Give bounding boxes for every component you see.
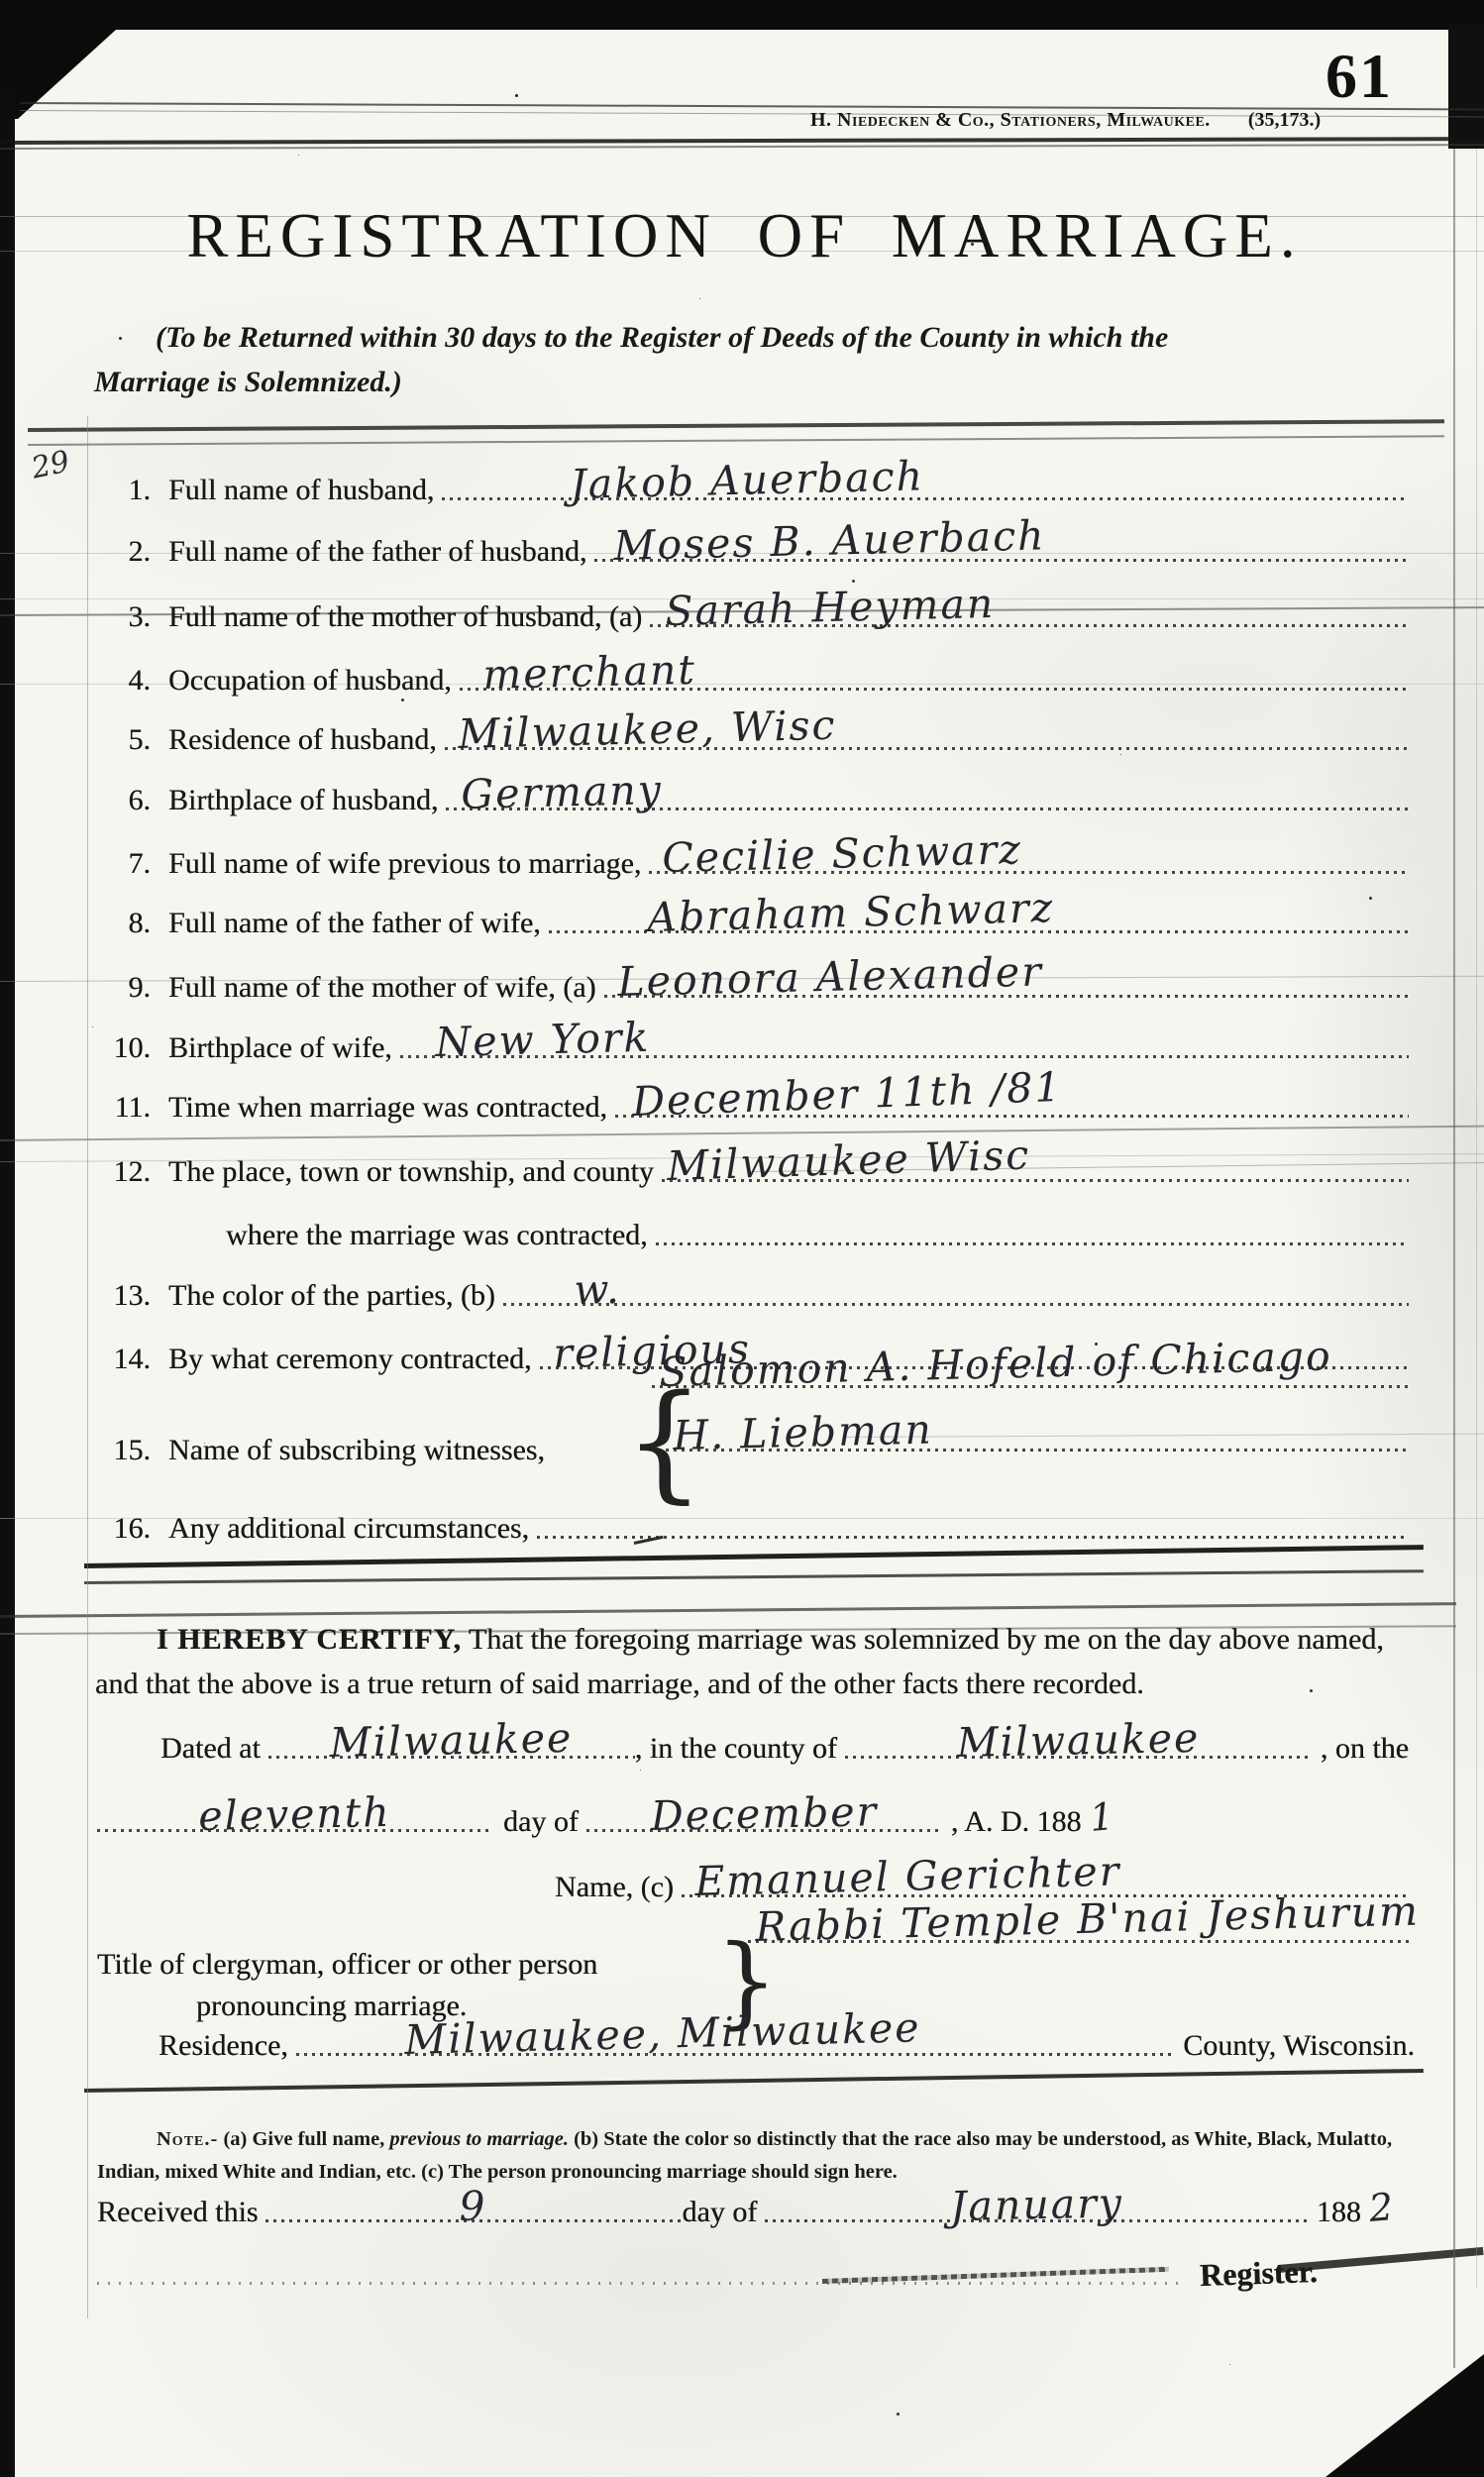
form-row-3: 3. Full name of the mother of husband, (… bbox=[97, 600, 1409, 634]
intro-line-1: (To be Returned within 30 days to the Re… bbox=[94, 315, 1415, 360]
note-italic: previous to marriage. bbox=[389, 2128, 569, 2150]
handwritten-value: Abraham Schwarz bbox=[647, 884, 1055, 941]
margin-rule bbox=[87, 416, 88, 2318]
form-row-12-continuation: where the marriage was contracted, bbox=[226, 1219, 1409, 1252]
form-row-12: 12. The place, town or township, and cou… bbox=[97, 1155, 1409, 1189]
intro-line-2: Marriage is Solemnized.) bbox=[94, 360, 1415, 404]
item-number: 5. bbox=[97, 723, 151, 757]
form-row-9: 9. Full name of the mother of wife, (a) … bbox=[97, 971, 1409, 1005]
stationer-code: (35,173.) bbox=[1248, 109, 1321, 131]
form-row-7: 7. Full name of wife previous to marriag… bbox=[97, 847, 1409, 881]
item-label: Residence of husband, bbox=[168, 723, 437, 757]
dotted-line: Jakob Auerbach bbox=[442, 497, 1409, 500]
handwritten-value: New York bbox=[435, 1014, 651, 1066]
handwritten-value: Sarah Heyman bbox=[665, 580, 996, 635]
dotted-line: Milwaukee bbox=[845, 1756, 1313, 1759]
dotted-line: Abraham Schwarz bbox=[549, 930, 1409, 933]
form-row-8: 8. Full name of the father of wife, Abra… bbox=[97, 907, 1409, 940]
item-label: where the marriage was contracted, bbox=[226, 1219, 648, 1252]
handwritten-day-word: eleventh bbox=[198, 1788, 391, 1840]
stationer-name: H. Niedecken & Co., Stationers, Milwauke… bbox=[810, 109, 1211, 131]
item-number: 4. bbox=[97, 664, 151, 698]
dated-line: Dated at Milwaukee , in the county of Mi… bbox=[97, 1732, 1409, 1766]
handwritten-value: H. Liebman bbox=[673, 1406, 934, 1459]
item-number: 7. bbox=[97, 847, 151, 881]
handwritten-place: Milwaukee bbox=[329, 1714, 573, 1767]
dotted-line: December bbox=[586, 1829, 943, 1832]
dotted-line: Salomon A. Hofeld of Chicago bbox=[652, 1385, 1409, 1388]
scan-rule-heavy bbox=[28, 419, 1444, 432]
item-label: The place, town or township, and county bbox=[168, 1155, 654, 1189]
form-row-10: 10. Birthplace of wife, New York bbox=[97, 1031, 1409, 1065]
residence-suffix-label: County, Wisconsin. bbox=[1183, 2029, 1415, 2063]
scan-strike bbox=[0, 1602, 1456, 1618]
scan-specks bbox=[0, 0, 3, 3]
residence-label: Residence, bbox=[159, 2029, 288, 2063]
form-row-13: 13. The color of the parties, (b) w. bbox=[97, 1279, 1409, 1313]
day-of-label: day of bbox=[503, 1805, 579, 1839]
scan-top-left-corner bbox=[0, 0, 149, 119]
scan-right-crease bbox=[1476, 149, 1477, 2289]
note-lead: Note.- bbox=[157, 2128, 218, 2150]
handwritten-value: Jakob Auerbach bbox=[570, 452, 925, 508]
item-label: Occupation of husband, bbox=[168, 664, 452, 698]
note-part-a: (a) Give full name, bbox=[218, 2128, 389, 2150]
scan-rule-heavy bbox=[84, 2069, 1424, 2093]
item-number: 2. bbox=[97, 535, 151, 569]
item-number: 3. bbox=[97, 600, 151, 634]
item-label: Birthplace of husband, bbox=[168, 784, 438, 817]
form-row-5: 5. Residence of husband, Milwaukee, Wisc bbox=[97, 723, 1409, 757]
stationer-imprint: H. Niedecken & Co., Stationers, Milwauke… bbox=[810, 109, 1321, 132]
scan-crease bbox=[0, 1126, 1484, 1141]
handwritten-value: Cecilie Schwarz bbox=[662, 825, 1023, 882]
item-number: 15. bbox=[97, 1434, 151, 1467]
dotted-line: Leonora Alexander bbox=[604, 995, 1409, 998]
form-row-16: 16. Any additional circumstances, bbox=[97, 1512, 1409, 1546]
dotted-line: Sarah Heyman bbox=[650, 624, 1409, 627]
received-line: Received this 9 day of January 188 2 bbox=[97, 2186, 1393, 2229]
item-label: Full name of the father of wife, bbox=[168, 907, 541, 940]
handwritten-value: w. bbox=[574, 1265, 621, 1314]
dotted-line: Moses B. Auerbach bbox=[594, 559, 1409, 562]
certification-paragraph: I HEREBY CERTIFY, That the foregoing mar… bbox=[95, 1617, 1419, 1706]
dotted-line: H. Liebman bbox=[666, 1449, 1409, 1452]
handwritten-received-day: 9 bbox=[459, 2182, 487, 2230]
item-number: 10. bbox=[97, 1031, 151, 1065]
dotted-line: Cecilie Schwarz bbox=[649, 871, 1409, 874]
footnote-paragraph: Note.- (a) Give full name, previous to m… bbox=[97, 2123, 1425, 2189]
scan-rule-heavy bbox=[0, 144, 1484, 150]
item-label: By what ceremony contracted, bbox=[168, 1343, 532, 1376]
form-row-11: 11. Time when marriage was contracted, D… bbox=[97, 1091, 1409, 1125]
scan-right-top-band bbox=[1448, 24, 1484, 149]
page-number: 61 bbox=[1325, 40, 1393, 113]
dotted-line: Rabbi Temple B'nai Jeshurum bbox=[748, 1940, 1409, 1943]
handwritten-received-month: January bbox=[949, 2179, 1123, 2230]
scan-left-border bbox=[0, 89, 15, 2477]
form-row-6: 6. Birthplace of husband, Germany bbox=[97, 784, 1409, 817]
handwritten-value: Leonora Alexander bbox=[616, 948, 1042, 1006]
name-label: Name, (c) bbox=[555, 1871, 674, 1904]
ad-label: , A. D. 188 bbox=[951, 1805, 1082, 1839]
item-number: 11. bbox=[97, 1091, 151, 1125]
dotted-line: Milwaukee bbox=[268, 1756, 635, 1759]
dotted-line: Milwaukee, Wisc bbox=[445, 747, 1409, 750]
witness-line-1: Salomon A. Hofeld of Chicago bbox=[652, 1385, 1409, 1395]
item-number: 8. bbox=[97, 907, 151, 940]
scan-top-border bbox=[0, 0, 1484, 30]
item-label: Time when marriage was contracted, bbox=[168, 1091, 607, 1125]
county-label: , in the county of bbox=[635, 1732, 837, 1766]
handwritten-value: Milwaukee, Wisc bbox=[458, 701, 837, 758]
witness-line-2: H. Liebman bbox=[666, 1449, 1409, 1458]
clergy-title-label-line1: Title of clergyman, officer or other per… bbox=[97, 1944, 731, 1986]
form-row-1: 1. Full name of husband, Jakob Auerbach bbox=[97, 474, 1409, 507]
item-number: 9. bbox=[97, 971, 151, 1005]
handwritten-value: December 11th /81 bbox=[631, 1063, 1063, 1126]
dated-line-2: eleventh day of December , A. D. 188 1 bbox=[97, 1795, 1409, 1839]
item-number: 6. bbox=[97, 784, 151, 817]
clergy-title-line: Rabbi Temple B'nai Jeshurum bbox=[748, 1940, 1409, 1950]
dotted-line: Milwaukee, Milwaukee bbox=[296, 2053, 1175, 2056]
register-line: Register. bbox=[97, 2255, 1318, 2292]
dotted-line: January bbox=[765, 2219, 1309, 2222]
item-label: Full name of the mother of wife, (a) bbox=[168, 971, 596, 1005]
item-number: 13. bbox=[97, 1279, 151, 1313]
dotted-line: w. bbox=[503, 1303, 1409, 1306]
dotted-line: 9 bbox=[265, 2219, 682, 2222]
scan-bottom-right-corner bbox=[1325, 2354, 1484, 2477]
dotted-line bbox=[537, 1536, 1409, 1539]
dotted-line: New York bbox=[400, 1055, 1409, 1058]
item-number: 1. bbox=[97, 474, 151, 507]
item-number: 12. bbox=[97, 1155, 151, 1189]
signature-dotted-line bbox=[97, 2282, 1186, 2285]
dotted-line: Milwaukee Wisc bbox=[662, 1179, 1409, 1182]
handwritten-month: December bbox=[650, 1787, 878, 1840]
item-label: Full name of husband, bbox=[168, 474, 434, 507]
scan-rule-heavy bbox=[84, 1545, 1424, 1568]
handwritten-received-year-digit: 2 bbox=[1367, 2185, 1395, 2230]
handwritten-year-digit: 1 bbox=[1088, 1794, 1115, 1840]
dated-at-label: Dated at bbox=[160, 1732, 261, 1766]
handwritten-value: Germany bbox=[461, 766, 664, 818]
dotted-line bbox=[656, 1242, 1409, 1245]
intro-paragraph: (To be Returned within 30 days to the Re… bbox=[94, 315, 1415, 404]
certify-lead: I HEREBY CERTIFY, bbox=[157, 1623, 462, 1656]
item-label: Any additional circumstances, bbox=[168, 1512, 529, 1546]
dotted-line: eleventh bbox=[97, 1829, 493, 1832]
document-title: REGISTRATION OF MARRIAGE. bbox=[94, 200, 1395, 272]
handwritten-value: Moses B. Auerbach bbox=[613, 511, 1046, 570]
form-row-4: 4. Occupation of husband, merchant bbox=[97, 664, 1409, 698]
item-number: 14. bbox=[97, 1343, 151, 1376]
handwritten-county: Milwaukee bbox=[956, 1714, 1200, 1767]
item-label: Full name of wife previous to marriage, bbox=[168, 847, 641, 881]
dotted-line: Germany bbox=[446, 808, 1409, 810]
handwritten-value: Milwaukee Wisc bbox=[666, 1131, 1030, 1190]
margin-annotation: 29 bbox=[29, 444, 73, 485]
residence-line: Residence, Milwaukee, Milwaukee County, … bbox=[159, 2029, 1415, 2063]
on-the-label: , on the bbox=[1321, 1732, 1409, 1766]
note-part-c: (c) The person pronouncing marriage shou… bbox=[421, 2161, 898, 2183]
received-label: Received this bbox=[97, 2196, 258, 2229]
item-label: Full name of the mother of husband, (a) bbox=[168, 600, 642, 634]
received-day-of-label: day of bbox=[682, 2196, 757, 2229]
scanned-marriage-registration: 61 H. Niedecken & Co., Stationers, Milwa… bbox=[0, 0, 1484, 2477]
scan-rule bbox=[84, 1569, 1424, 1584]
scan-rule bbox=[28, 435, 1444, 446]
received-year-prefix: 188 bbox=[1317, 2196, 1361, 2229]
dotted-line: December 11th /81 bbox=[615, 1115, 1409, 1118]
item-label: Full name of the father of husband, bbox=[168, 535, 586, 569]
item-number: 16. bbox=[97, 1512, 151, 1546]
handwritten-value: merchant bbox=[482, 646, 697, 699]
dotted-line: merchant bbox=[460, 688, 1409, 691]
form-row-2: 2. Full name of the father of husband, M… bbox=[97, 535, 1409, 569]
register-label: Register. bbox=[1200, 2253, 1319, 2294]
item-label: Birthplace of wife, bbox=[168, 1031, 392, 1065]
scan-right-crease bbox=[1453, 149, 1455, 2368]
item-label: The color of the parties, (b) bbox=[168, 1279, 495, 1313]
item-label: Name of subscribing witnesses, bbox=[168, 1434, 545, 1467]
